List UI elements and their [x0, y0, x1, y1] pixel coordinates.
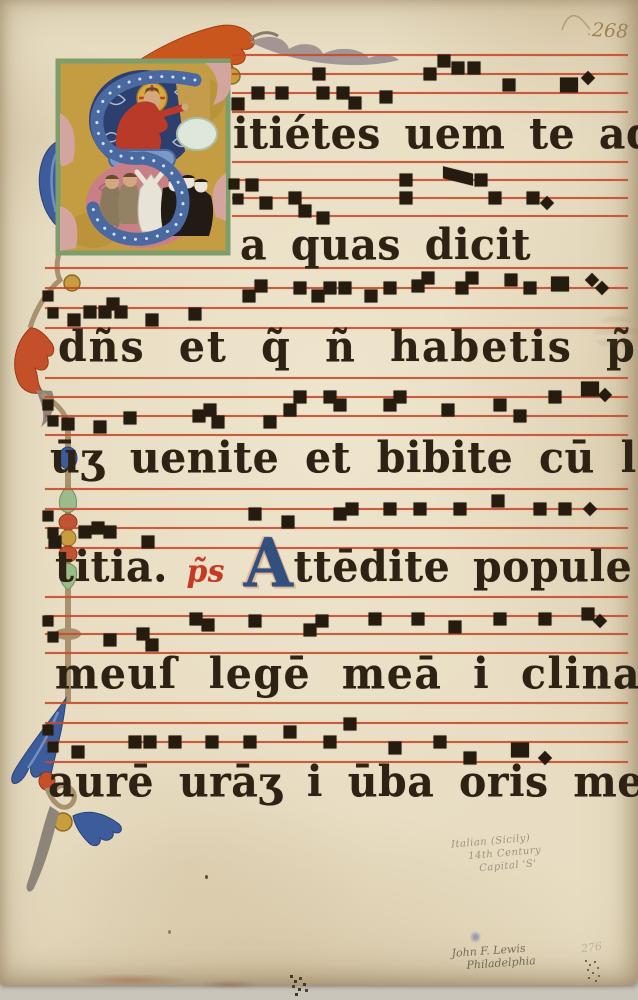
neume-note: [368, 613, 381, 626]
neume-note: [283, 726, 296, 739]
letter-S-body: [93, 77, 195, 240]
chant-text-line: ūʒ uenite et bibite cū le: [50, 432, 638, 483]
neume-note: [324, 736, 337, 749]
neume-note: [289, 192, 302, 205]
neume-note: [48, 415, 59, 426]
christ-robe: [116, 101, 168, 156]
blue-leaf-right: [73, 812, 121, 845]
neume-note: [42, 291, 53, 302]
faint-pencil-number: 276: [580, 940, 603, 956]
neume-note: [560, 78, 578, 93]
halo: [137, 83, 167, 113]
neume-note: [388, 741, 401, 754]
neume-note: [514, 410, 527, 423]
neume-note: [311, 290, 324, 303]
neume-note: [324, 282, 337, 295]
chant-text-line: meuſ legē meā i clinate: [55, 648, 638, 699]
historiated-initial-S: [55, 58, 231, 256]
neume-note: [583, 501, 597, 515]
friars-group: [161, 185, 213, 236]
chant-segment: ūʒ uenite et bibite cū le: [50, 432, 638, 483]
neume-note: [114, 306, 127, 319]
neume-note: [467, 62, 480, 75]
white-robed-figure: [138, 174, 164, 232]
neume-note: [384, 502, 397, 515]
neume-note: [248, 615, 261, 628]
neume-note: [539, 613, 552, 626]
staff-line: [232, 161, 628, 163]
rubric-psalm-mark: p̃s: [168, 552, 244, 589]
neume-note: [283, 404, 296, 417]
neume-note: [48, 308, 59, 319]
speck: [205, 875, 208, 879]
spring-of-water: [177, 118, 217, 150]
neume-note: [437, 54, 450, 67]
neume-note: [505, 274, 518, 287]
music-staff: [45, 488, 628, 549]
neume-note: [413, 502, 426, 515]
neume-note: [598, 388, 612, 402]
neume-note: [333, 508, 346, 521]
neume-note: [212, 415, 225, 428]
neume-note: [465, 272, 478, 285]
neume-note: [581, 607, 594, 620]
chant-text-line: dñs et q̃ ñ habetis p̃ci: [58, 321, 638, 372]
neume-note: [232, 193, 243, 204]
edge-stain: [200, 980, 260, 989]
chant-segment: meuſ legē meā i clinate: [55, 648, 638, 699]
neume-note: [526, 192, 539, 205]
neume-note: [188, 308, 201, 321]
neume-note: [124, 411, 137, 424]
music-staff: [45, 702, 628, 763]
blue-acanthus-leaf-top: [39, 140, 72, 234]
neume-note: [424, 68, 437, 81]
neume-note: [441, 404, 454, 417]
speck-cluster: [585, 960, 587, 962]
neume-note: [559, 502, 572, 515]
blue-collector-stamp: [470, 931, 481, 943]
staff-line: [45, 722, 628, 724]
speck: [168, 930, 171, 934]
chant-segment: ttēdite popule: [294, 541, 633, 592]
staff-line: [45, 488, 628, 490]
neume-note: [245, 179, 258, 192]
neume-note: [275, 87, 288, 100]
chant-text-line: aurē urāʒ i ūba oris mei.: [48, 756, 638, 807]
neume-note: [294, 391, 307, 404]
staff-line: [45, 596, 628, 598]
neume-note: [493, 398, 506, 411]
music-staff: [45, 596, 628, 654]
neume-note: [346, 502, 359, 515]
neume-note: [454, 502, 467, 515]
neume-note: [42, 725, 53, 736]
chant-segment: itiétes uem te ad: [233, 108, 638, 159]
chant-segment: dñs et q̃ ñ habetis p̃ci: [58, 321, 638, 372]
music-staff: [45, 267, 628, 329]
edge-stain: [70, 974, 190, 986]
neume-note: [400, 174, 413, 187]
chant-text-line: itiétes uem te ad: [233, 108, 638, 159]
neume-note: [48, 741, 59, 752]
neume-note: [42, 616, 53, 627]
neume-note: [384, 282, 397, 295]
chant-text-line: a quas dicit: [240, 219, 531, 270]
neume-note: [443, 167, 473, 186]
neume-note: [248, 508, 261, 521]
staff-line: [232, 179, 628, 181]
neume-note: [244, 736, 257, 749]
kneeling-figure: [100, 185, 121, 226]
christ-head: [144, 92, 161, 109]
neume-note: [343, 718, 356, 731]
neume-note: [293, 282, 306, 295]
neume-note: [315, 615, 328, 628]
neume-note: [503, 79, 516, 92]
neume-note: [48, 631, 59, 642]
staff-line: [45, 377, 628, 379]
chant-segment: aurē urāʒ i ūba oris mei.: [48, 756, 638, 807]
neume-note: [491, 494, 504, 507]
neume-note: [551, 277, 569, 292]
neume-note: [103, 633, 116, 646]
neume-note: [493, 613, 506, 626]
neume-note: [254, 280, 267, 293]
pink-leaf: [205, 63, 231, 105]
neume-note: [422, 272, 435, 285]
christ-arm: [155, 108, 182, 116]
neume-note: [169, 736, 182, 749]
neume-note: [400, 192, 413, 205]
neume-note: [451, 62, 464, 75]
staff-line: [45, 702, 628, 704]
neume-note: [524, 282, 537, 295]
collector-signature: John F. Lewis Philadelphia: [451, 941, 536, 973]
neume-note: [103, 525, 116, 538]
neume-note: [448, 620, 461, 633]
chant-segment: titia.: [55, 541, 168, 592]
neume-note: [317, 87, 330, 100]
neume-note: [434, 736, 447, 749]
staff-line: [232, 54, 628, 56]
folio-pen-squiggle: [560, 4, 590, 38]
neume-note: [475, 174, 488, 187]
neume-note: [365, 290, 378, 303]
neume-note: [84, 306, 97, 319]
neume-note: [595, 281, 609, 295]
neume-note: [228, 178, 239, 189]
manuscript-photo: itiétes uem te ada quas dicitdñs et q̃ ñ…: [0, 0, 638, 1000]
neume-note: [339, 282, 352, 295]
neume-note: [42, 399, 53, 410]
staff-line: [232, 215, 628, 217]
neume-note: [259, 197, 272, 210]
neume-note: [333, 398, 346, 411]
pencil-curatorial-note: Italian (Sicily) 14th Century Capital 'S…: [451, 826, 604, 878]
chant-segment: a quas dicit: [240, 219, 531, 270]
folio-number: 268: [591, 19, 628, 43]
neume-note: [581, 382, 599, 397]
manuscript-page: itiétes uem te ada quas dicitdñs et q̃ ñ…: [0, 0, 638, 985]
neume-note: [489, 192, 502, 205]
neume-note: [202, 618, 215, 631]
neume-note: [205, 736, 218, 749]
neume-note: [251, 87, 264, 100]
staff-line: [45, 633, 628, 635]
music-staff: [232, 161, 628, 217]
neume-note: [549, 391, 562, 404]
lower-medallion: [86, 160, 200, 248]
music-staff: [45, 377, 628, 436]
neume-note: [380, 90, 393, 103]
neume-note: [189, 613, 202, 626]
neume-note: [412, 613, 425, 626]
neume-note: [79, 525, 92, 538]
music-staff: [232, 54, 628, 113]
neume-note: [62, 417, 75, 430]
neume-note: [313, 68, 326, 81]
neume-note: [264, 415, 277, 428]
staff-line: [45, 527, 628, 529]
neume-note: [394, 391, 407, 404]
neume-note: [128, 736, 141, 749]
speck-cluster: [290, 975, 293, 978]
gold-ball: [54, 813, 72, 831]
neume-note: [533, 502, 546, 515]
neume-note: [143, 736, 156, 749]
neume-note: [299, 204, 312, 217]
neume-note: [42, 511, 53, 522]
staff-line: [45, 307, 628, 309]
upper-medallion: [89, 70, 197, 170]
chant-text-line: titia. p̃s Attēdite popule: [55, 541, 632, 592]
grey-leaf-tail: [27, 806, 59, 892]
